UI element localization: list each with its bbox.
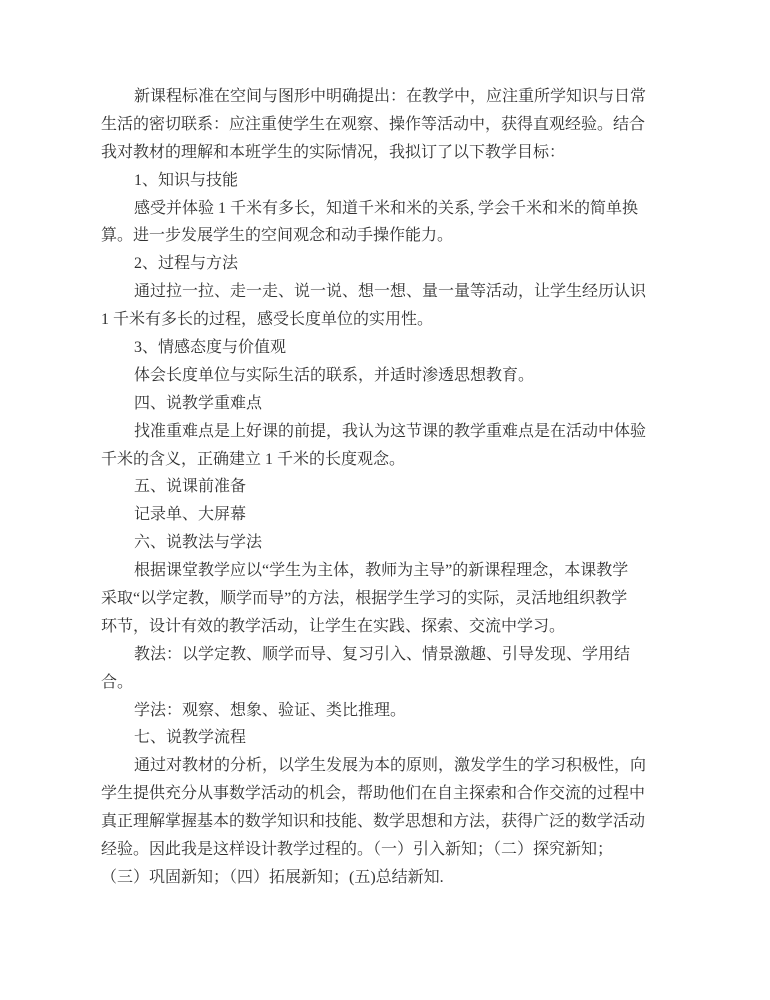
document-page: 新课程标准在空间与图形中明确提出：在教学中，应注重所学知识与日常生活的密切联系：… (0, 0, 770, 1000)
text-line: 学生提供充分从事数学活动的机会，帮助他们在自主探索和合作交流的过程中 (101, 780, 661, 808)
text-line: 我对教材的理解和本班学生的实际情况，我拟订了以下教学目标： (101, 139, 661, 167)
document-content: 新课程标准在空间与图形中明确提出：在教学中，应注重所学知识与日常生活的密切联系：… (101, 83, 661, 892)
text-line: 生活的密切联系：应注重使学生在观察、操作等活动中，获得直观经验。结合 (101, 111, 661, 139)
text-line: 2、过程与方法 (101, 250, 661, 278)
text-line: 3、情感态度与价值观 (101, 334, 661, 362)
text-line: 1、知识与技能 (101, 167, 661, 195)
text-line: 体会长度单位与实际生活的联系，并适时渗透思想教育。 (101, 362, 661, 390)
text-line: 环节，设计有效的教学活动，让学生在实践、探索、交流中学习。 (101, 613, 661, 641)
text-line: 通过对教材的分析，以学生发展为本的原则，激发学生的学习积极性，向 (101, 752, 661, 780)
text-line: 千米的含义，正确建立 1 千米的长度观念。 (101, 446, 661, 474)
text-line: 根据课堂教学应以“学生为主体，教师为主导”的新课程理念，本课教学 (101, 557, 661, 585)
text-line: 学法：观察、想象、验证、类比推理。 (101, 697, 661, 725)
text-line: 采取“以学定教，顺学而导”的方法，根据学生学习的实际，灵活地组织教学 (101, 585, 661, 613)
text-line: （三）巩固新知；（四）拓展新知；(五)总结新知. (101, 864, 661, 892)
text-line: 新课程标准在空间与图形中明确提出：在教学中，应注重所学知识与日常 (101, 83, 661, 111)
text-line: 通过拉一拉、走一走、说一说、想一想、量一量等活动，让学生经历认识 (101, 278, 661, 306)
text-line: 合。 (101, 669, 661, 697)
text-line: 五、说课前准备 (101, 473, 661, 501)
text-line: 1 千米有多长的过程，感受长度单位的实用性。 (101, 306, 661, 334)
text-line: 记录单、大屏幕 (101, 501, 661, 529)
text-line: 真正理解掌握基本的数学知识和技能、数学思想和方法，获得广泛的数学活动 (101, 808, 661, 836)
text-line: 算。进一步发展学生的空间观念和动手操作能力。 (101, 222, 661, 250)
text-line: 教法：以学定教、顺学而导、复习引入、情景激趣、引导发现、学用结 (101, 641, 661, 669)
text-line: 四、说教学重难点 (101, 390, 661, 418)
text-line: 感受并体验 1 千米有多长，知道千米和米的关系, 学会千米和米的简单换 (101, 195, 661, 223)
text-line: 七、说教学流程 (101, 724, 661, 752)
text-line: 六、说教法与学法 (101, 529, 661, 557)
text-line: 找准重难点是上好课的前提，我认为这节课的教学重难点是在活动中体验 (101, 418, 661, 446)
text-line: 经验。因此我是这样设计教学过程的。（一）引入新知；（二）探究新知； (101, 836, 661, 864)
